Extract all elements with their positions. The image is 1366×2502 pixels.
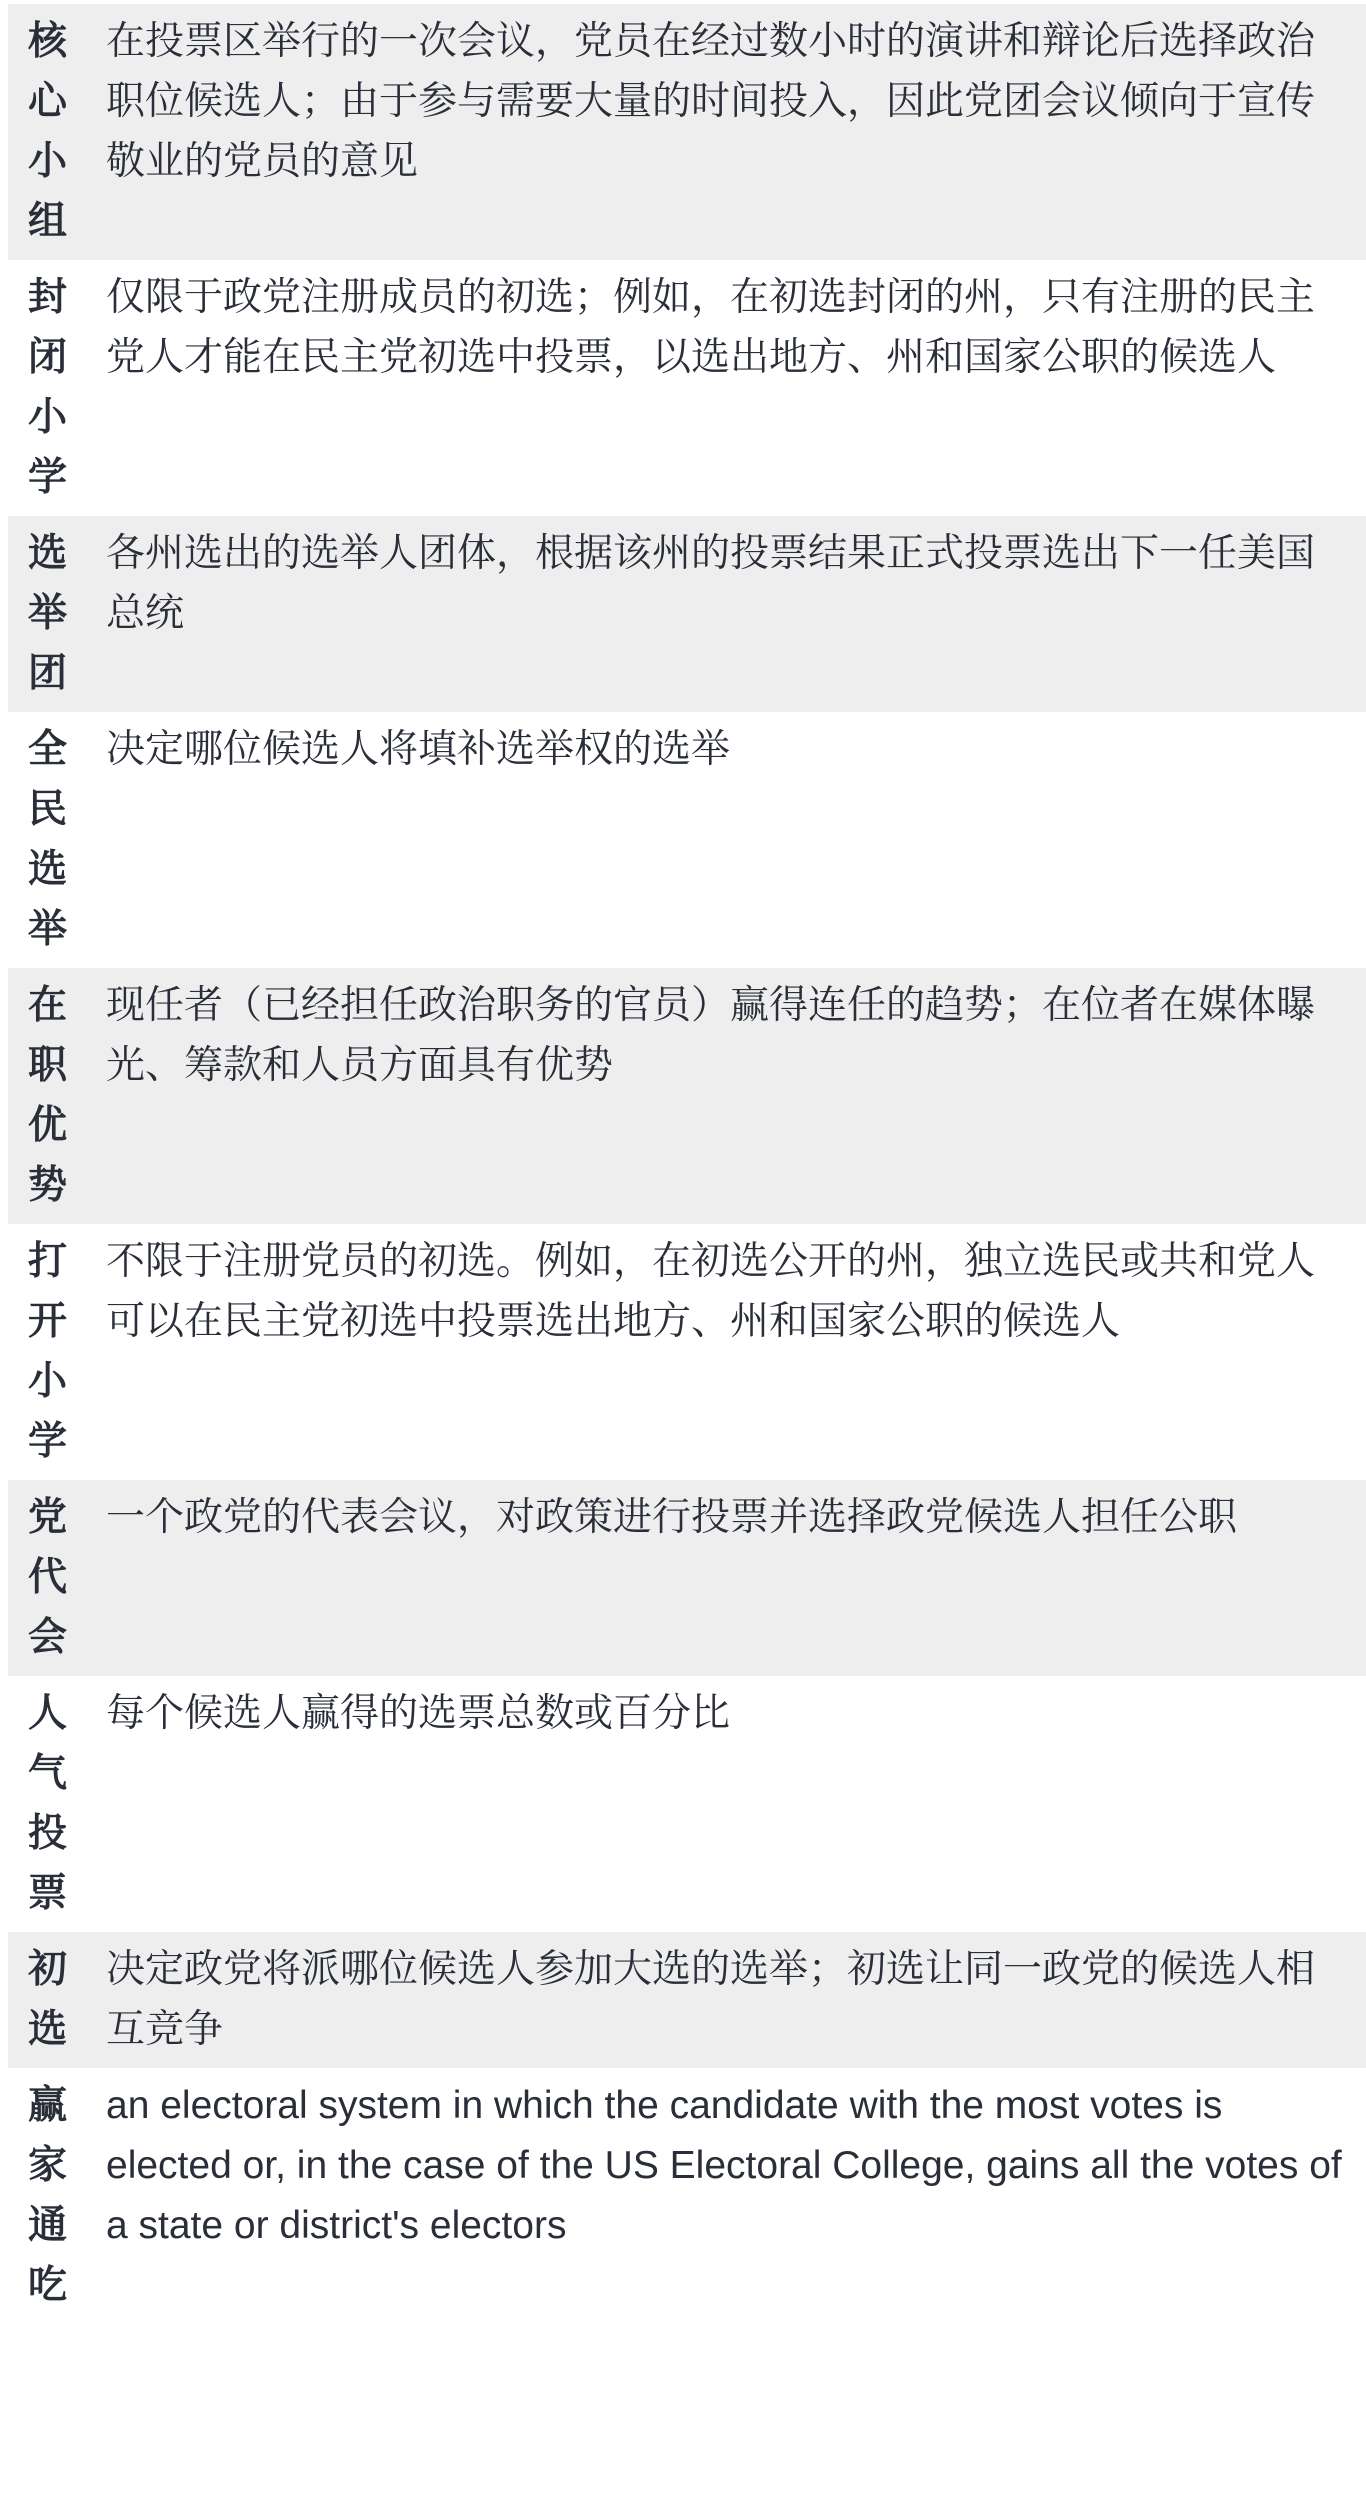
- definition-cell: 各州选出的选举人团体，根据该州的投票结果正式投票选出下一任美国总统: [106, 524, 1342, 644]
- term-cell: 赢家通吃: [28, 2076, 72, 2316]
- definition-cell: 现任者（已经担任政治职务的官员）赢得连任的趋势；在位者在媒体曝光、筹款和人员方面…: [106, 976, 1342, 1096]
- definition-cell: 一个政党的代表会议，对政策进行投票并选择政党候选人担任公职: [106, 1488, 1342, 1548]
- term-cell: 在职优势: [28, 976, 72, 1216]
- table-row: 初选决定政党将派哪位候选人参加大选的选举；初选让同一政党的候选人相互竞争: [8, 1932, 1366, 2068]
- term-cell: 打开小学: [28, 1232, 72, 1472]
- table-row: 打开小学不限于注册党员的初选。例如，在初选公开的州，独立选民或共和党人可以在民主…: [8, 1224, 1366, 1480]
- table-row: 党代会一个政党的代表会议，对政策进行投票并选择政党候选人担任公职: [8, 1480, 1366, 1676]
- term-cell: 党代会: [28, 1488, 72, 1668]
- table-row: 封闭小学仅限于政党注册成员的初选；例如，在初选封闭的州，只有注册的民主党人才能在…: [8, 260, 1366, 516]
- definition-cell: 决定哪位候选人将填补选举权的选举: [106, 720, 1342, 780]
- definition-cell: 在投票区举行的一次会议，党员在经过数小时的演讲和辩论后选择政治职位候选人；由于参…: [106, 12, 1342, 192]
- glossary-table: 核心小组在投票区举行的一次会议，党员在经过数小时的演讲和辩论后选择政治职位候选人…: [0, 0, 1366, 2324]
- term-cell: 初选: [28, 1940, 72, 2060]
- table-row: 在职优势现任者（已经担任政治职务的官员）赢得连任的趋势；在位者在媒体曝光、筹款和…: [8, 968, 1366, 1224]
- definition-cell: 每个候选人赢得的选票总数或百分比: [106, 1684, 1342, 1744]
- term-cell: 全民选举: [28, 720, 72, 960]
- term-cell: 人气投票: [28, 1684, 72, 1924]
- term-cell: 核心小组: [28, 12, 72, 252]
- definition-cell: 仅限于政党注册成员的初选；例如，在初选封闭的州，只有注册的民主党人才能在民主党初…: [106, 268, 1342, 388]
- definition-cell: an electoral system in which the candida…: [106, 2076, 1342, 2256]
- table-row: 核心小组在投票区举行的一次会议，党员在经过数小时的演讲和辩论后选择政治职位候选人…: [8, 4, 1366, 260]
- term-cell: 封闭小学: [28, 268, 72, 508]
- table-row: 全民选举决定哪位候选人将填补选举权的选举: [8, 712, 1366, 968]
- table-row: 赢家通吃an electoral system in which the can…: [8, 2068, 1366, 2324]
- definition-cell: 不限于注册党员的初选。例如，在初选公开的州，独立选民或共和党人可以在民主党初选中…: [106, 1232, 1342, 1352]
- table-row: 选举团各州选出的选举人团体，根据该州的投票结果正式投票选出下一任美国总统: [8, 516, 1366, 712]
- term-cell: 选举团: [28, 524, 72, 704]
- definition-cell: 决定政党将派哪位候选人参加大选的选举；初选让同一政党的候选人相互竞争: [106, 1940, 1342, 2060]
- table-row: 人气投票每个候选人赢得的选票总数或百分比: [8, 1676, 1366, 1932]
